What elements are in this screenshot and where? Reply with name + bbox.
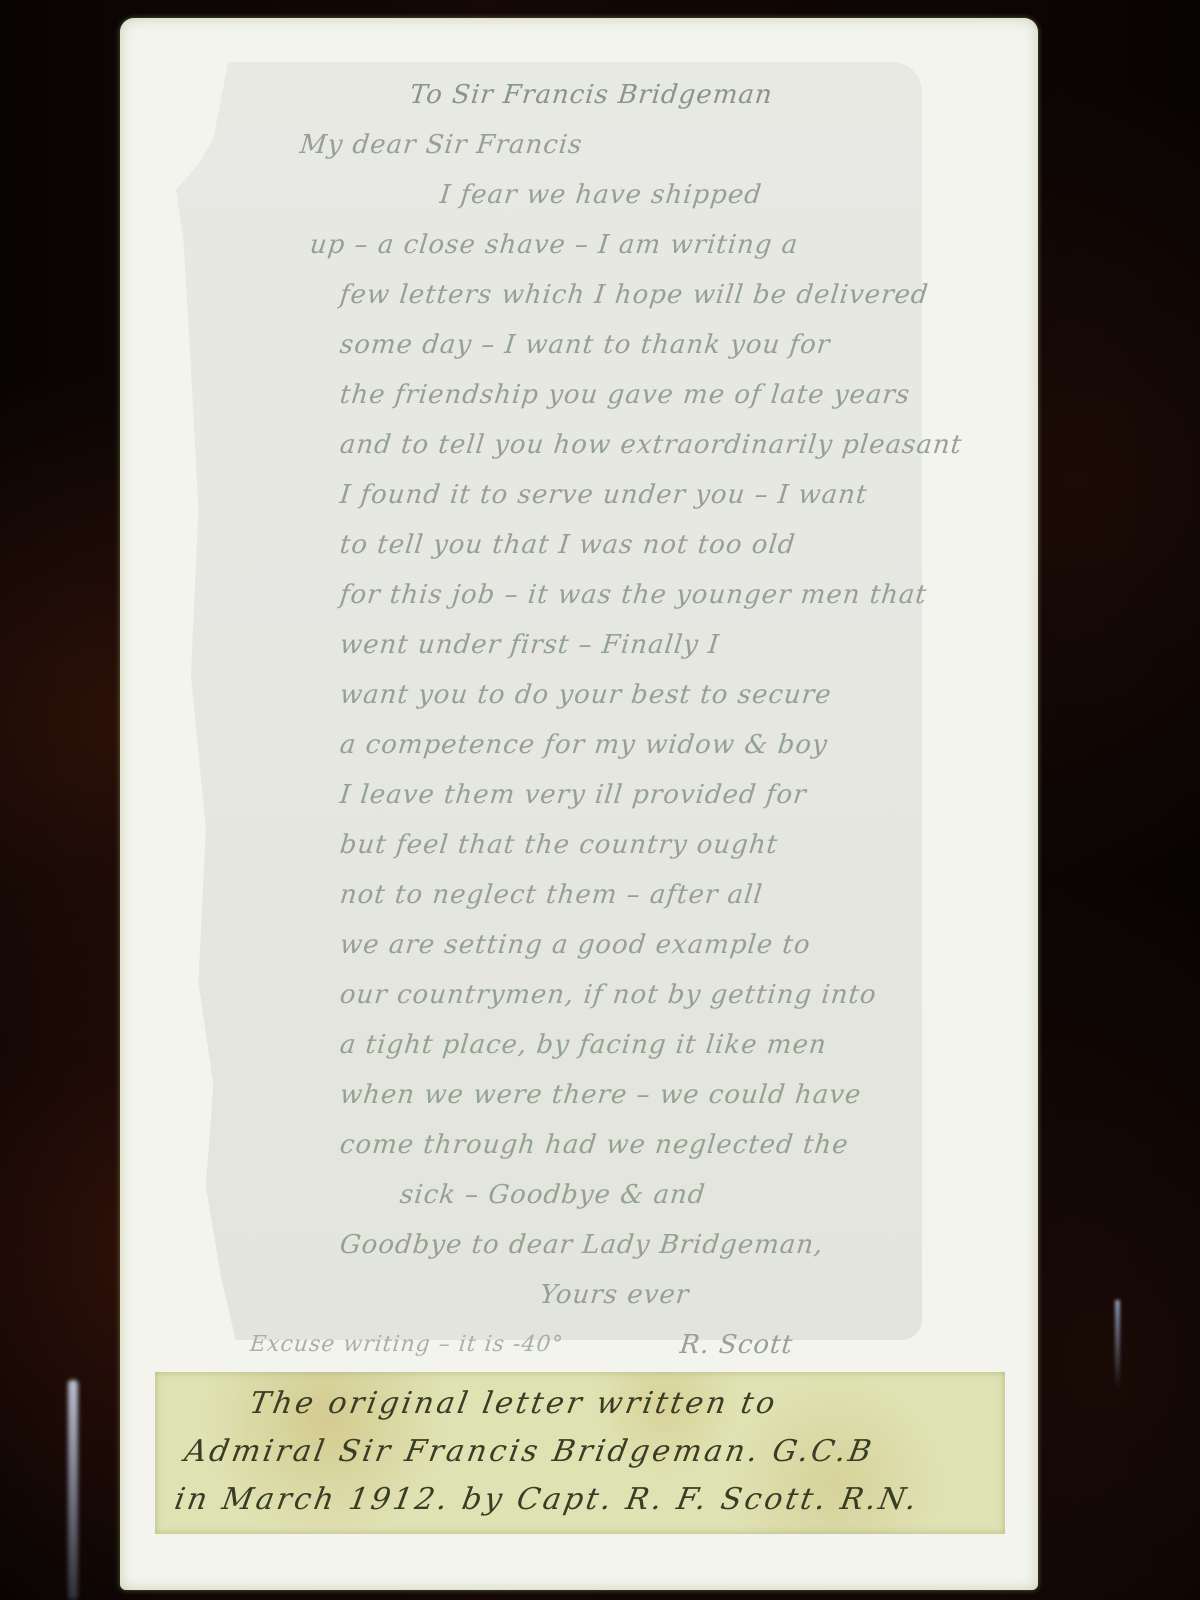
letter-line: when we were there – we could have <box>297 1070 932 1120</box>
letter-line: a tight place, by facing it like men <box>297 1020 932 1070</box>
letter-line: up – a close shave – I am writing a <box>297 220 932 270</box>
caption-line: in March 1912. by Capt. R. F. Scott. R.N… <box>172 1482 922 1517</box>
picture-frame: To Sir Francis Bridgeman My dear Sir Fra… <box>0 0 1200 1600</box>
letter-line: the friendship you gave me of late years <box>297 370 932 420</box>
frame-glare <box>68 1380 78 1600</box>
letter-line: our countrymen, if not by getting into <box>297 970 932 1020</box>
frame-glare-right <box>1115 1300 1120 1390</box>
letter-line: and to tell you how extraordinarily plea… <box>297 420 932 470</box>
letter-line: sick – Goodbye & and <box>297 1170 932 1220</box>
letter-line: we are setting a good example to <box>297 920 932 970</box>
letter-line: I fear we have shipped <box>297 170 932 220</box>
letter-line: for this job – it was the younger men th… <box>297 570 932 620</box>
letter-address: To Sir Francis Bridgeman <box>297 70 932 120</box>
letter-line: I found it to serve under you – I want <box>297 470 932 520</box>
letter-line: went under first – Finally I <box>297 620 932 670</box>
letter-line: to tell you that I was not too old <box>297 520 932 570</box>
letter-body: To Sir Francis Bridgeman My dear Sir Fra… <box>300 70 930 1420</box>
caption-label: The original letter written to Admiral S… <box>155 1372 1005 1534</box>
letter-salutation: My dear Sir Francis <box>297 120 932 170</box>
caption-line: Admiral Sir Francis Bridgeman. G.C.B <box>182 1434 877 1469</box>
letter-closing: Yours ever <box>297 1270 932 1320</box>
letter-line: Goodbye to dear Lady Bridgeman, <box>297 1220 932 1270</box>
letter-line: some day – I want to thank you for <box>297 320 932 370</box>
letter-line: a competence for my widow & boy <box>297 720 932 770</box>
letter-line: not to neglect them – after all <box>297 870 932 920</box>
caption-line: The original letter written to <box>247 1386 780 1421</box>
letter-line: I leave them very ill provided for <box>297 770 932 820</box>
letter-line: but feel that the country ought <box>297 820 932 870</box>
letter-line: come through had we neglected the <box>297 1120 932 1170</box>
letter-line: want you to do your best to secure <box>297 670 932 720</box>
letter-signature: R. Scott <box>297 1320 932 1370</box>
letter-line: few letters which I hope will be deliver… <box>297 270 932 320</box>
